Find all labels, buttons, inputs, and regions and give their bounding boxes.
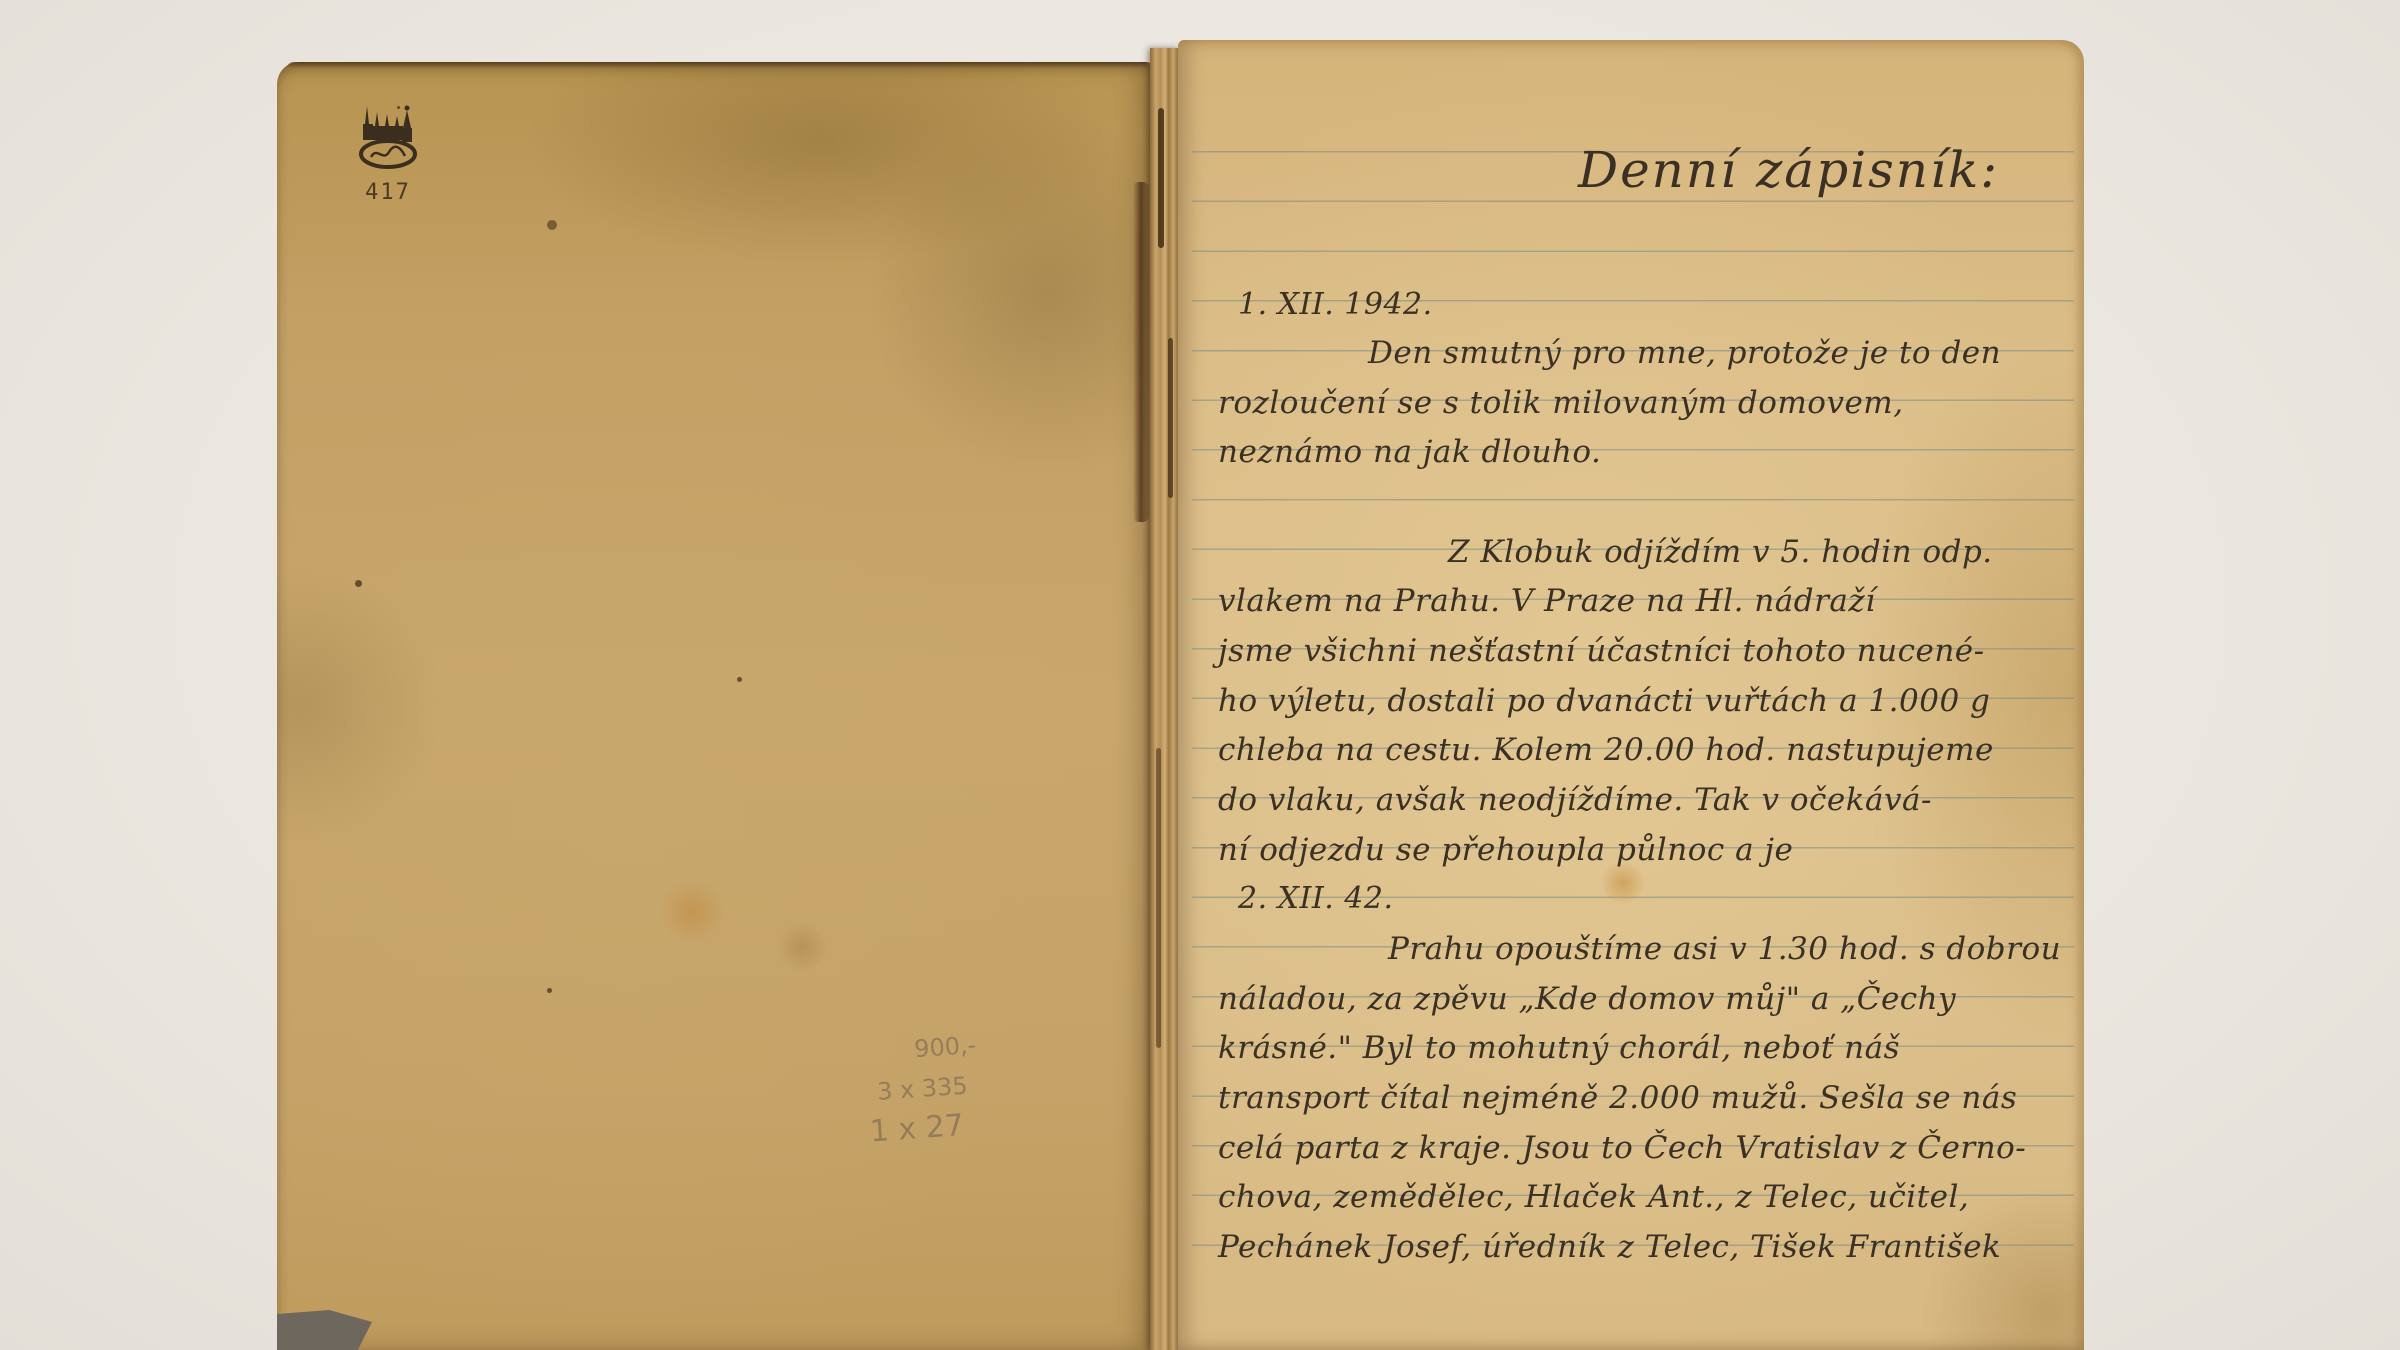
pencil-notes: 900,- 3 x 335 1 x 27	[863, 1022, 1031, 1153]
torn-corner	[277, 1310, 372, 1350]
spine-mark	[1158, 108, 1164, 248]
text-line: neznámo na jak dlouho.	[1218, 427, 2048, 477]
text-line: transport čítal nejméně 2.000 mužů. Sešl…	[1218, 1073, 2048, 1123]
text-line: Z Klobuk odjíždím v 5. hodin odp.	[1218, 527, 2048, 577]
diary-page: Denní zápisník: 1. XII. 1942. Den smutný…	[1178, 40, 2084, 1350]
text-line: celá parta z kraje. Jsou to Čech Vratisl…	[1218, 1123, 2048, 1173]
text-line: Prahu opouštíme asi v 1.30 hod. s dobrou	[1218, 924, 2048, 974]
stain	[777, 922, 827, 972]
text-line: náladou, za zpěvu „Kde domov můj" a „Čec…	[1218, 974, 2048, 1024]
text-line: chova, zemědělec, Hlaček Ant., z Telec, …	[1218, 1172, 2048, 1222]
entry-date: 1. XII. 1942.	[1218, 280, 2048, 330]
page-block-spine	[1150, 48, 1180, 1350]
spine-mark	[1156, 748, 1161, 1048]
ink-spot	[547, 988, 552, 993]
text-line: rozloučení se s tolik milovaným domovem,	[1218, 378, 2048, 428]
text-line: jsme všichni nešťastní účastníci tohoto …	[1218, 626, 2048, 676]
text-line: vlakem na Prahu. V Praze na Hl. nádraží	[1218, 576, 2048, 626]
text-line: chleba na cestu. Kolem 20.00 hod. nastup…	[1218, 725, 2048, 775]
cover-top-edge	[287, 62, 1147, 68]
spine-mark	[1168, 338, 1173, 498]
ink-spot	[397, 106, 400, 109]
ink-spot	[737, 677, 742, 682]
manufacturer-stamp: 417	[353, 102, 423, 205]
text-line: krásné." Byl to mohutný chorál, neboť ná…	[1218, 1023, 2048, 1073]
castle-towers-logo-icon	[357, 102, 419, 172]
diary-back-cover: 417 900,- 3 x 335 1 x 27	[277, 62, 1153, 1350]
ink-spot	[355, 580, 362, 587]
spine-stain	[1133, 182, 1149, 522]
stamp-number: 417	[353, 180, 423, 205]
text-line: ní odjezdu se přehoupla půlnoc a je	[1218, 825, 2048, 875]
ink-spot	[547, 220, 557, 230]
stain	[657, 882, 727, 942]
text-line: Den smutný pro mne, protože je to den	[1218, 328, 2048, 378]
diary-title: Denní zápisník:	[1218, 130, 2048, 210]
text-line: Pechánek Josef, úředník z Telec, Tišek F…	[1218, 1222, 2048, 1272]
text-line: do vlaku, avšak neodjíždíme. Tak v očeká…	[1218, 775, 2048, 825]
text-line: ho výletu, dostali po dvanácti vuřtách a…	[1218, 676, 2048, 726]
entry-date: 2. XII. 42.	[1218, 874, 2048, 924]
